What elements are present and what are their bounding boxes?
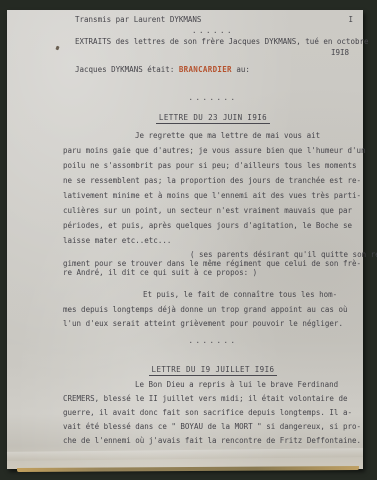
death-year: I9I8 — [63, 47, 363, 58]
letter-line: CREMERS, blessé le II juillet vers midi;… — [63, 392, 363, 406]
page-number: I — [348, 14, 353, 25]
extraits-line: EXTRAITS des lettres de son frère Jacque… — [63, 36, 363, 47]
scan-background: { "colors":{ "backdrop":"#252a23", "pape… — [0, 0, 377, 480]
role-prefix: Jacques DYKMANS était: — [75, 65, 179, 74]
letter1-paragraph-1: Je regrette que ma lettre de mai vous ai… — [63, 128, 363, 248]
letter-line: Et puis, le fait de connaître tous les h… — [63, 288, 363, 303]
page-content: Transmis par Laurent DYKMANS I ...... EX… — [63, 14, 363, 448]
letter2-heading: LETTRE DU I9 JUILLET I9I6 — [63, 364, 363, 375]
letter2-heading-text: LETTRE DU I9 JUILLET I9I6 — [149, 365, 278, 376]
letter-line: che de l'ennemi où j'avais fait la renco… — [63, 434, 363, 448]
letter-line: lativement minime et à moins que l'ennem… — [63, 188, 363, 203]
dots-separator: ....... — [63, 92, 363, 103]
note-line: ( ses parents désirant qu'il quitte son … — [63, 250, 363, 259]
paper-speck — [55, 46, 59, 51]
editor-note: ( ses parents désirant qu'il quitte son … — [63, 250, 363, 277]
paper-crease — [7, 448, 363, 461]
dots-separator: ...... — [63, 25, 363, 36]
letter-line: mes depuis longtemps déjà donne un trop … — [63, 303, 363, 318]
letter-line: guerre, il avait donc fait son sacrifice… — [63, 406, 363, 420]
letter-line: laisse mater etc..etc... — [63, 233, 363, 248]
letter1-heading-text: LETTRE DU 23 JUIN I9I6 — [156, 113, 270, 124]
letter-line: poilu ne s'assombrit pas pour si peu; d'… — [63, 158, 363, 173]
role-suffix: au: — [232, 65, 250, 74]
letter-line: Je regrette que ma lettre de mai vous ai… — [63, 128, 363, 143]
header-row: Transmis par Laurent DYKMANS I — [63, 14, 363, 25]
role-line: Jacques DYKMANS était: BRANCARDIER au: — [63, 64, 363, 75]
letter-line: ne se ressemblent pas; la proportion des… — [63, 173, 363, 188]
letter-line: l'un d'eux serait atteint grièvement pou… — [63, 317, 363, 332]
letter-line: paru moins gaie que d'autres; je vous as… — [63, 143, 363, 158]
letter1-heading: LETTRE DU 23 JUIN I9I6 — [63, 112, 363, 123]
note-line: re André, il dit ce qui suit à ce propos… — [63, 268, 363, 277]
note-line: giment pour se trouver dans le même régi… — [63, 259, 363, 268]
letter-line: culières sur un point, un secteur n'est … — [63, 203, 363, 218]
transmitted-by: Transmis par Laurent DYKMANS — [75, 14, 201, 25]
role-highlight: BRANCARDIER — [179, 65, 232, 74]
letter-line: Le Bon Dieu a repris à lui le brave Ferd… — [63, 378, 363, 392]
typewritten-letter-page: Transmis par Laurent DYKMANS I ...... EX… — [7, 10, 363, 469]
letter2-paragraph: Le Bon Dieu a repris à lui le brave Ferd… — [63, 378, 363, 448]
letter-line: vait été blessé dans ce " BOYAU de la MO… — [63, 420, 363, 434]
letter1-paragraph-2: Et puis, le fait de connaître tous les h… — [63, 288, 363, 332]
dots-separator: ....... — [63, 335, 363, 346]
letter-line: périodes, et puis, après quelques jours … — [63, 218, 363, 233]
